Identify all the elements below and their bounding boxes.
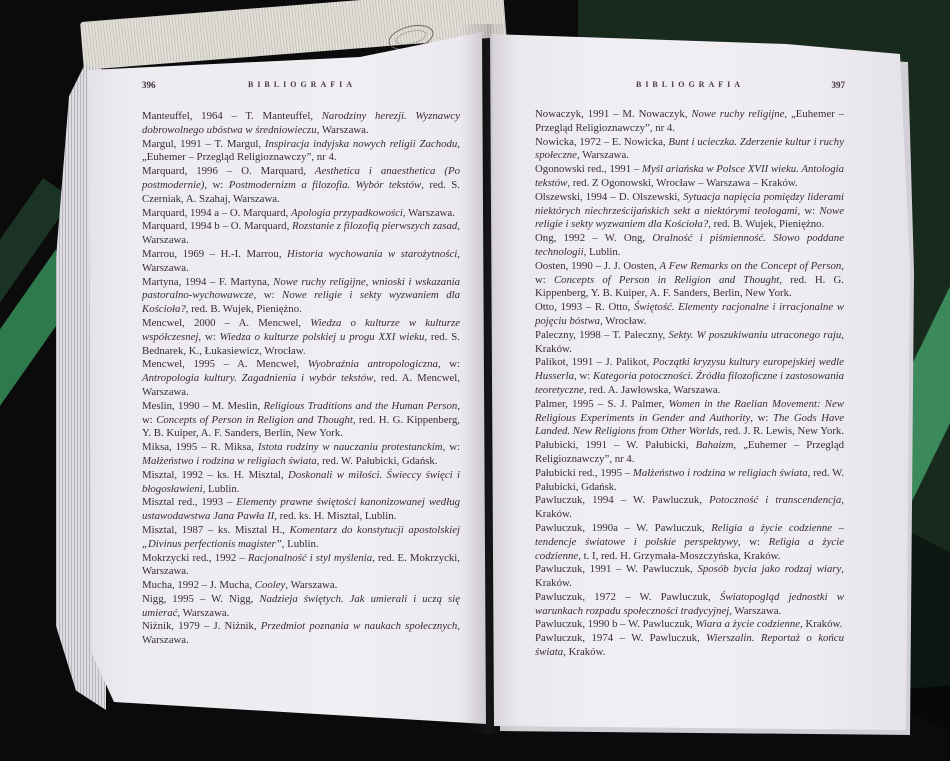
bib-text-segment: Martyna, 1994 – F. Martyna,	[142, 276, 273, 288]
bib-text-segment: , w:	[798, 205, 820, 217]
bib-text-segment: , red. J. R. Lewis, New York.	[719, 425, 844, 437]
bib-text-segment: Misztal red., 1993 –	[142, 496, 236, 508]
bib-entry: Misztal, 1992 – ks. H. Misztal, Doskonal…	[142, 469, 460, 497]
bib-text-segment: Misztal, 1992 – ks. H. Misztal,	[142, 469, 288, 481]
bib-title-segment: Concepts of Person in Religion and Thoug…	[554, 274, 779, 286]
bib-title-segment: A Few Remarks on the Concept of Person	[660, 260, 842, 272]
running-head: BIBLIOGRAFIA	[142, 80, 462, 89]
bib-text-segment: , Warszawa.	[317, 124, 369, 136]
bib-entry: Marrou, 1969 – H.-I. Marrou, Historia wy…	[142, 248, 460, 276]
bib-text-segment: Ong, 1992 – W. Ong,	[535, 232, 652, 244]
bib-text-segment: Ogonowski red., 1991 –	[535, 163, 642, 175]
bib-entry: Nowaczyk, 1991 – M. Nowaczyk, Nowe ruchy…	[535, 108, 844, 136]
bib-entry: Pawluczuk, 1972 – W. Pawluczuk, Światopo…	[535, 591, 844, 619]
bib-entry: Marquard, 1996 – O. Marquard, Aesthetica…	[142, 165, 460, 206]
bib-text-segment: Marquard, 1996 – O. Marquard,	[142, 165, 315, 177]
bib-text-segment: Pawluczuk, 1974 – W. Pawluczuk,	[535, 632, 706, 644]
bib-text-segment: , Lublin.	[282, 538, 319, 550]
bib-entry: Otto, 1993 – R. Otto, Świętość. Elementy…	[535, 301, 844, 329]
bib-text-segment: , Warszawa.	[177, 607, 229, 619]
bib-entry: Nowicka, 1972 – E. Nowicka, Bunt i uciec…	[535, 136, 844, 164]
running-head: BIBLIOGRAFIA	[535, 80, 845, 89]
bib-text-segment: Meslin, 1990 – M. Meslin,	[142, 400, 264, 412]
bib-text-segment: Pawluczuk, 1990a – W. Pawluczuk,	[535, 522, 711, 534]
bib-text-segment: , Warszawa.	[285, 579, 337, 591]
bib-text-segment: Marrou, 1969 – H.-I. Marrou,	[142, 248, 287, 260]
right-page: BIBLIOGRAFIA 397 Nowaczyk, 1991 – M. Now…	[486, 26, 910, 732]
bib-entry: Oosten, 1990 – J. J. Oosten, A Few Remar…	[535, 260, 844, 301]
bib-text-segment: Manteuffel, 1964 – T. Manteuffel,	[142, 110, 322, 122]
bib-entry: Nigg, 1995 – W. Nigg, Nadzieja świętych.…	[142, 593, 460, 621]
bib-title-segment: Nowe ruchy religijne	[691, 108, 784, 120]
bib-text-segment: Miksa, 1995 – R. Miksa,	[142, 441, 258, 453]
bib-title-segment: Apologia przypadkowości	[291, 207, 403, 219]
bib-text-segment: Palmer, 1995 – S. J. Palmer,	[535, 398, 669, 410]
bib-title-segment: Istota rodziny w nauczaniu protestanckim	[258, 441, 443, 453]
bib-text-segment: , red. A. Jawłowska, Warszawa.	[584, 384, 721, 396]
bib-text-segment: , w:	[574, 370, 593, 382]
bib-text-segment: Otto, 1993 – R. Otto,	[535, 301, 634, 313]
bib-title-segment: Przedmiot poznania w naukach społecznych	[261, 620, 458, 632]
bib-text-segment: , w:	[198, 331, 219, 343]
bib-text-segment: , Lublin.	[584, 246, 621, 258]
bib-text-segment: Pawluczuk, 1994 – W. Pawluczuk,	[535, 494, 709, 506]
bib-text-segment: , t. I, red. H. Grzymała-Moszczyńska, Kr…	[578, 550, 780, 562]
bib-title-segment: Wyobraźnia antropologiczna	[308, 358, 438, 370]
bib-entry: Paleczny, 1998 – T. Paleczny, Sekty. W p…	[535, 329, 844, 357]
bib-entry: Mucha, 1992 – J. Mucha, Cooley, Warszawa…	[142, 579, 460, 593]
bib-entry: Pałubicki, 1991 – W. Pałubicki, Bahaizm,…	[535, 439, 844, 467]
bib-text-segment: Paleczny, 1998 – T. Paleczny,	[535, 329, 668, 341]
bib-entry: Mencwel, 1995 – A. Mencwel, Wyobraźnia a…	[142, 358, 460, 399]
bib-entry: Mencwel, 2000 – A. Mencwel, Wiedza o kul…	[142, 317, 460, 358]
bibliography-list: Nowaczyk, 1991 – M. Nowaczyk, Nowe ruchy…	[535, 108, 844, 660]
bib-entry: Palmer, 1995 – S. J. Palmer, Women in th…	[535, 398, 844, 439]
bib-entry: Pawluczuk, 1990a – W. Pawluczuk, Religia…	[535, 522, 844, 563]
bib-text-segment: , Lublin.	[203, 483, 240, 495]
book-photo-scene: 396 BIBLIOGRAFIA Manteuffel, 1964 – T. M…	[0, 0, 950, 761]
bib-text-segment: Palikot, 1991 – J. Palikot,	[535, 356, 653, 368]
bib-entry: Olszewski, 1994 – D. Olszewski, Sytuacja…	[535, 191, 844, 232]
book-gutter-shadow	[460, 24, 518, 734]
bib-entry: Pałubicki red., 1995 – Małżeństwo i rodz…	[535, 467, 844, 495]
bib-title-segment: Sposób bycia jako rodzaj wiary	[697, 563, 841, 575]
bibliography-list: Manteuffel, 1964 – T. Manteuffel, Narodz…	[142, 110, 460, 648]
bib-entry: Misztal red., 1993 – Elementy prawne świ…	[142, 496, 460, 524]
bib-text-segment: , w:	[750, 412, 773, 424]
bib-text-segment: Mucha, 1992 – J. Mucha,	[142, 579, 255, 591]
bib-title-segment: Sekty. W poszukiwaniu utraconego raju	[668, 329, 841, 341]
bib-text-segment: Pawluczuk, 1972 – W. Pawluczuk,	[535, 591, 720, 603]
bib-entry: Pawluczuk, 1990 b – W. Pawluczuk, Wiara …	[535, 618, 844, 632]
bib-entry: Martyna, 1994 – F. Martyna, Nowe ruchy r…	[142, 276, 460, 317]
bib-text-segment: Mencwel, 2000 – A. Mencwel,	[142, 317, 310, 329]
bib-text-segment: , Kraków.	[800, 618, 842, 630]
bib-text-segment: , Warszawa.	[577, 149, 629, 161]
bib-text-segment: , red. W. Pałubicki, Gdańsk.	[317, 455, 438, 467]
bib-text-segment: , Warszawa.	[403, 207, 455, 219]
bib-text-segment: Margul, 1991 – T. Margul,	[142, 138, 265, 150]
bib-text-segment: , w:	[438, 358, 460, 370]
bib-text-segment: , red. B. Wujek, Pieniężno.	[186, 303, 302, 315]
bib-text-segment: Nowaczyk, 1991 – M. Nowaczyk,	[535, 108, 691, 120]
bib-text-segment: , w:	[254, 289, 282, 301]
page-number: 397	[832, 80, 846, 90]
bib-text-segment: Mokrzycki red., 1992 –	[142, 552, 248, 564]
bib-title-segment: Małżeństwo i rodzina w religiach świata	[142, 455, 317, 467]
bib-text-segment: Niżnik, 1979 – J. Niżnik,	[142, 620, 261, 632]
bib-text-segment: Pawluczuk, 1991 – W. Pawluczuk,	[535, 563, 697, 575]
bib-entry: Margul, 1991 – T. Margul, Inspiracja ind…	[142, 138, 460, 166]
bib-text-segment: Nigg, 1995 – W. Nigg,	[142, 593, 259, 605]
bib-entry: Palikot, 1991 – J. Palikot, Początki kry…	[535, 356, 844, 397]
bib-title-segment: Bahaizm	[696, 439, 734, 451]
bib-title-segment: Racjonalność i styl myślenia	[248, 552, 372, 564]
bib-entry: Marquard, 1994 a – O. Marquard, Apologia…	[142, 207, 460, 221]
bib-text-segment: , w:	[738, 536, 769, 548]
bib-text-segment: Nowicka, 1972 – E. Nowicka,	[535, 136, 668, 148]
bib-entry: Pawluczuk, 1994 – W. Pawluczuk, Potoczno…	[535, 494, 844, 522]
bib-title-segment: Postmodernizm a filozofia. Wybór tekstów	[229, 179, 422, 191]
bib-title-segment: Historia wychowania w starożytności	[287, 248, 457, 260]
bib-text-segment: Pałubicki, 1991 – W. Pałubicki,	[535, 439, 696, 451]
bib-text-segment: Mencwel, 1995 – A. Mencwel,	[142, 358, 308, 370]
bib-text-segment: , Kraków.	[563, 646, 605, 658]
bib-text-segment: Marquard, 1994 a – O. Marquard,	[142, 207, 291, 219]
left-page: 396 BIBLIOGRAFIA Manteuffel, 1964 – T. M…	[84, 24, 486, 726]
bib-title-segment: Antropologia kultury. Zagadnienia i wybó…	[142, 372, 373, 384]
bib-title-segment: Inspiracja indyjska nowych religii Zacho…	[265, 138, 457, 150]
bib-title-segment: Concepts of Person in Religion and Thoug…	[156, 414, 353, 426]
bib-text-segment: , red. B. Wujek, Pieniężno.	[708, 218, 824, 230]
bib-entry: Manteuffel, 1964 – T. Manteuffel, Narodz…	[142, 110, 460, 138]
bib-text-segment: Oosten, 1990 – J. J. Oosten,	[535, 260, 660, 272]
bib-entry: Miksa, 1995 – R. Miksa, Istota rodziny w…	[142, 441, 460, 469]
bib-entry: Ogonowski red., 1991 – Myśl ariańska w P…	[535, 163, 844, 191]
bib-entry: Pawluczuk, 1974 – W. Pawluczuk, Wierszal…	[535, 632, 844, 660]
bib-text-segment: Pawluczuk, 1990 b – W. Pawluczuk,	[535, 618, 695, 630]
bib-text-segment: Marquard, 1994 b – O. Marquard,	[142, 220, 292, 232]
bib-text-segment: , Warszawa.	[729, 605, 781, 617]
bib-text-segment: Pałubicki red., 1995 –	[535, 467, 633, 479]
bib-title-segment: Potoczność i transcendencja	[709, 494, 841, 506]
bib-text-segment: Misztal, 1987 – ks. Misztal H.,	[142, 524, 290, 536]
bib-title-segment: Wiara a życie codzienne	[695, 618, 800, 630]
bib-text-segment: , w:	[204, 179, 228, 191]
bib-entry: Marquard, 1994 b – O. Marquard, Rozstani…	[142, 220, 460, 248]
bib-text-segment: Olszewski, 1994 – D. Olszewski,	[535, 191, 683, 203]
bib-title-segment: Religious Traditions and the Human Perso…	[264, 400, 458, 412]
bib-text-segment: , red. ks. H. Misztal, Lublin.	[274, 510, 396, 522]
bib-title-segment: Cooley	[255, 579, 286, 591]
bib-entry: Ong, 1992 – W. Ong, Oralność i piśmienno…	[535, 232, 844, 260]
bib-entry: Niżnik, 1979 – J. Niżnik, Przedmiot pozn…	[142, 620, 460, 648]
bib-text-segment: , Wrocław.	[600, 315, 646, 327]
bib-text-segment: , red. Z Ogonowski, Wrocław – Warszawa –…	[567, 177, 797, 189]
bib-entry: Mokrzycki red., 1992 – Racjonalność i st…	[142, 552, 460, 580]
bib-title-segment: Rozstanie z filozofią pierwszych zasad	[292, 220, 457, 232]
bib-text-segment: , w:	[443, 441, 460, 453]
bib-entry: Misztal, 1987 – ks. Misztal H., Komentar…	[142, 524, 460, 552]
bib-title-segment: Wiedza o kulturze polskiej u progu XXI w…	[220, 331, 425, 343]
bib-entry: Pawluczuk, 1991 – W. Pawluczuk, Sposób b…	[535, 563, 844, 591]
bib-entry: Meslin, 1990 – M. Meslin, Religious Trad…	[142, 400, 460, 441]
bib-title-segment: Małżeństwo i rodzina w religiach świata	[633, 467, 808, 479]
